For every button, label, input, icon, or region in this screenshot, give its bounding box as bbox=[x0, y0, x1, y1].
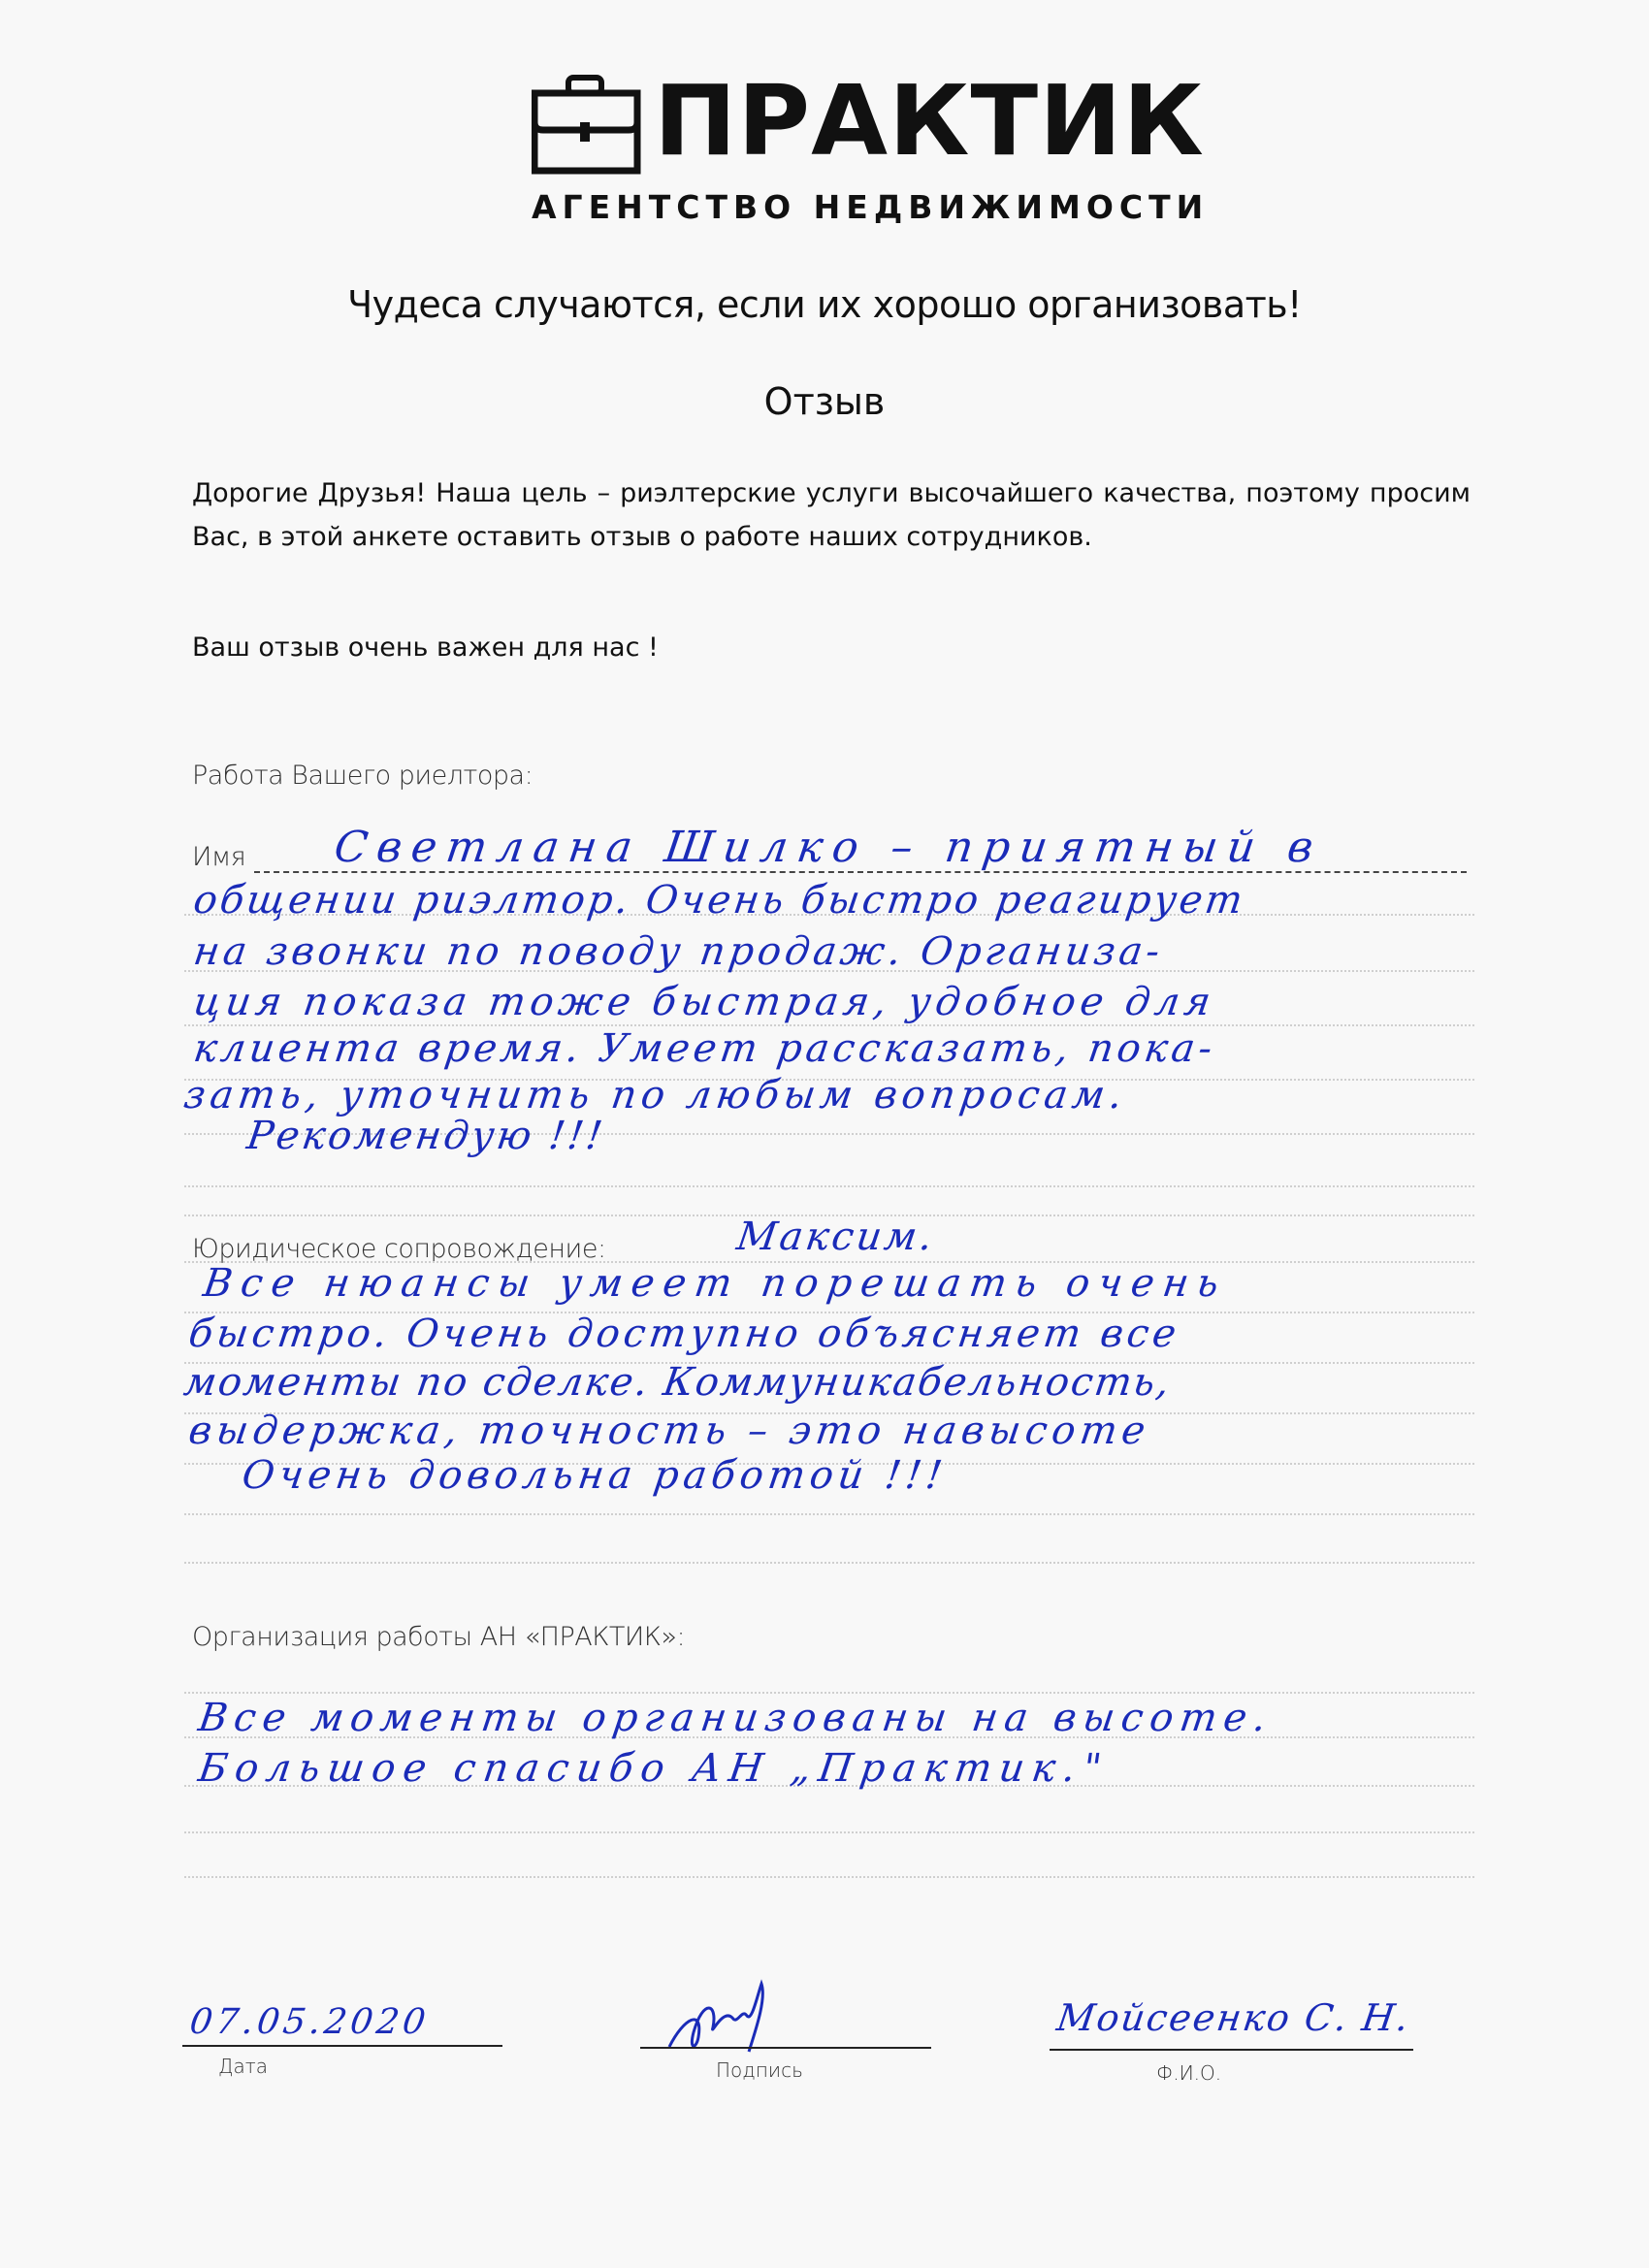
handwritten-line: на звонки по поводу продаж. Организа- bbox=[191, 929, 1167, 974]
important-note: Ваш отзыв очень важен для нас ! bbox=[192, 632, 659, 663]
date-line bbox=[182, 2045, 502, 2047]
slogan: Чудеса случаются, если их хорошо организ… bbox=[0, 283, 1649, 326]
handwritten-line: ция показа тоже быстрая, удобное для bbox=[191, 980, 1218, 1024]
fio-line bbox=[1050, 2049, 1413, 2051]
date-label: Дата bbox=[218, 2055, 268, 2078]
signature-scribble bbox=[660, 1979, 805, 2057]
intro-paragraph: Дорогие Друзья! Наша цель – риэлтерские … bbox=[192, 471, 1471, 559]
handwritten-line: Большое спасибо АН „Практик." bbox=[196, 1746, 1112, 1791]
handwritten-line: Светлана Шилко – приятный в bbox=[331, 823, 1325, 872]
handwritten-line: быстро. Очень доступно объясняет все bbox=[186, 1312, 1183, 1356]
briefcase-icon bbox=[532, 74, 642, 175]
ruled-line bbox=[184, 1185, 1474, 1187]
fio-value: Мойсеенко С. Н. bbox=[1054, 1996, 1413, 2039]
date-value: 07.05.2020 bbox=[187, 2002, 432, 2042]
handwritten-line: зать, уточнить по любым вопросам. bbox=[181, 1073, 1130, 1118]
ruled-line bbox=[184, 1831, 1474, 1833]
ruled-line bbox=[184, 1692, 1474, 1694]
handwritten-line: выдержка, точность – это навысоте bbox=[186, 1409, 1153, 1453]
realtor-section-label: Работа Вашего риелтора: bbox=[192, 761, 533, 791]
ruled-line bbox=[184, 1513, 1474, 1515]
handwritten-line: Рекомендую !!! bbox=[244, 1114, 608, 1158]
handwritten-line: Все нюансы умеет порешать очень bbox=[201, 1261, 1231, 1306]
ruled-line bbox=[184, 1562, 1474, 1564]
name-label: Имя bbox=[192, 842, 245, 872]
handwritten-line: моменты по сделке. Коммуникабельность, bbox=[181, 1360, 1175, 1405]
page-title: Отзыв bbox=[0, 380, 1649, 423]
fio-label: Ф.И.О. bbox=[1156, 2061, 1221, 2085]
handwritten-line: Все моменты организованы на высоте. bbox=[196, 1696, 1276, 1740]
handwritten-line: клиента время. Умеет рассказать, пока- bbox=[191, 1026, 1219, 1071]
legal-section-label: Юридическое сопровождение: bbox=[192, 1234, 606, 1264]
handwritten-line: общении риэлтор. Очень быстро реагирует bbox=[191, 878, 1248, 923]
agency-name: ПРАКТИК bbox=[654, 68, 1205, 175]
signature-label: Подпись bbox=[716, 2058, 803, 2082]
agency-subtitle: АГЕНТСТВО НЕДВИЖИМОСТИ bbox=[532, 188, 1133, 226]
signature-line bbox=[640, 2047, 931, 2049]
organization-section-label: Организация работы АН «ПРАКТИК»: bbox=[192, 1622, 685, 1652]
legal-specialist-name: Максим. bbox=[734, 1215, 938, 1259]
ruled-line bbox=[184, 1876, 1474, 1878]
agency-logo: ПРАКТИК АГЕНТСТВО НЕДВИЖИМОСТИ bbox=[532, 74, 1133, 190]
handwritten-line: Очень довольна работой !!! bbox=[240, 1453, 950, 1498]
